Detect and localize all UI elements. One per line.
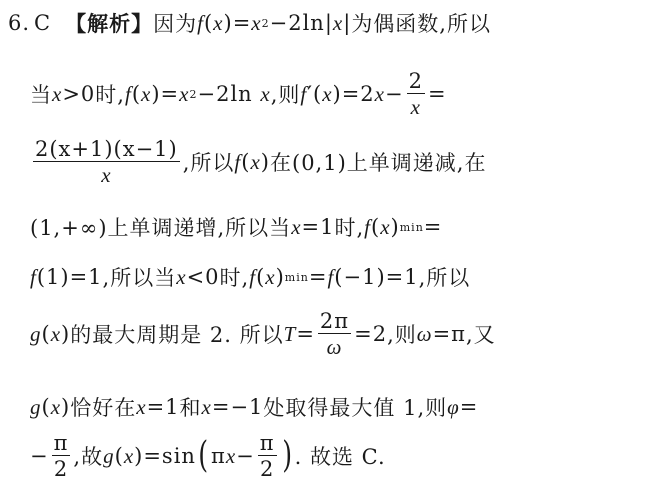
text: 恰好在 bbox=[70, 392, 136, 422]
analysis-label: 【解析】 bbox=[65, 8, 153, 38]
solution-line-4: (1,+∞)上单调递增,所以当 x=1 时, f(x)min= bbox=[30, 212, 442, 242]
text: 在(0,1)上单调递减,在 bbox=[270, 147, 486, 177]
answer-letter: C bbox=[34, 11, 51, 35]
text: ,所以 bbox=[183, 147, 235, 177]
solution-line-6: g(x) 的最大周期是 2. 所以 T= 2π ω =2 ,则 ω=π ,又 bbox=[30, 310, 496, 358]
text: ,则 bbox=[387, 319, 417, 349]
text: 时, bbox=[95, 79, 125, 109]
text: 为偶函数,所以 bbox=[351, 8, 491, 38]
math-fx: f bbox=[197, 11, 204, 36]
text: 时, bbox=[220, 262, 250, 292]
fraction-2-over-x: 2 x bbox=[407, 70, 425, 118]
text: 处取得最大值 1,则 bbox=[263, 392, 447, 422]
text: 因为 bbox=[153, 8, 197, 38]
solution-line-3: 2(x+1)(x−1) x ,所以 f(x) 在(0,1)上单调递减,在 bbox=[30, 138, 486, 186]
solution-line-8: − π 2 ,故 g(x)=sin(πx− π 2 ) . 故选 C. bbox=[30, 432, 386, 480]
fraction-2pi-over-omega: 2π ω bbox=[318, 310, 351, 358]
text: (1,+∞)上单调递增,所以当 bbox=[30, 212, 291, 242]
solution-line-1: 6. C 【解析】 因为 f(x)=x2−2ln|x| 为偶函数,所以 bbox=[8, 8, 491, 38]
solution-line-2: 当 x>0 时, f(x)=x2−2ln x ,则 f′(x)=2x− 2 x … bbox=[30, 70, 447, 118]
fraction-pi-over-2: π 2 bbox=[258, 432, 277, 480]
text: . 故选 C. bbox=[295, 441, 386, 471]
text: ,又 bbox=[466, 319, 496, 349]
solution-line-7: g(x) 恰好在 x=1 和 x=−1 处取得最大值 1,则 φ= bbox=[30, 392, 478, 422]
fraction-pi-over-2: π 2 bbox=[52, 432, 71, 480]
text: 的最大周期是 2. 所以 bbox=[70, 319, 283, 349]
solution-line-5: f(1)=1 ,所以当 x<0 时, f(x)min=f(−1)=1 ,所以 bbox=[30, 262, 470, 292]
text: ,则 bbox=[271, 79, 301, 109]
text: 时, bbox=[334, 212, 364, 242]
question-number: 6. bbox=[8, 11, 30, 35]
text: ,所以当 bbox=[103, 262, 177, 292]
text: 当 bbox=[30, 79, 52, 109]
text: 和 bbox=[180, 392, 202, 422]
fraction-derivative: 2(x+1)(x−1) x bbox=[33, 138, 180, 186]
text: ,所以 bbox=[419, 262, 471, 292]
text: ,故 bbox=[73, 441, 103, 471]
